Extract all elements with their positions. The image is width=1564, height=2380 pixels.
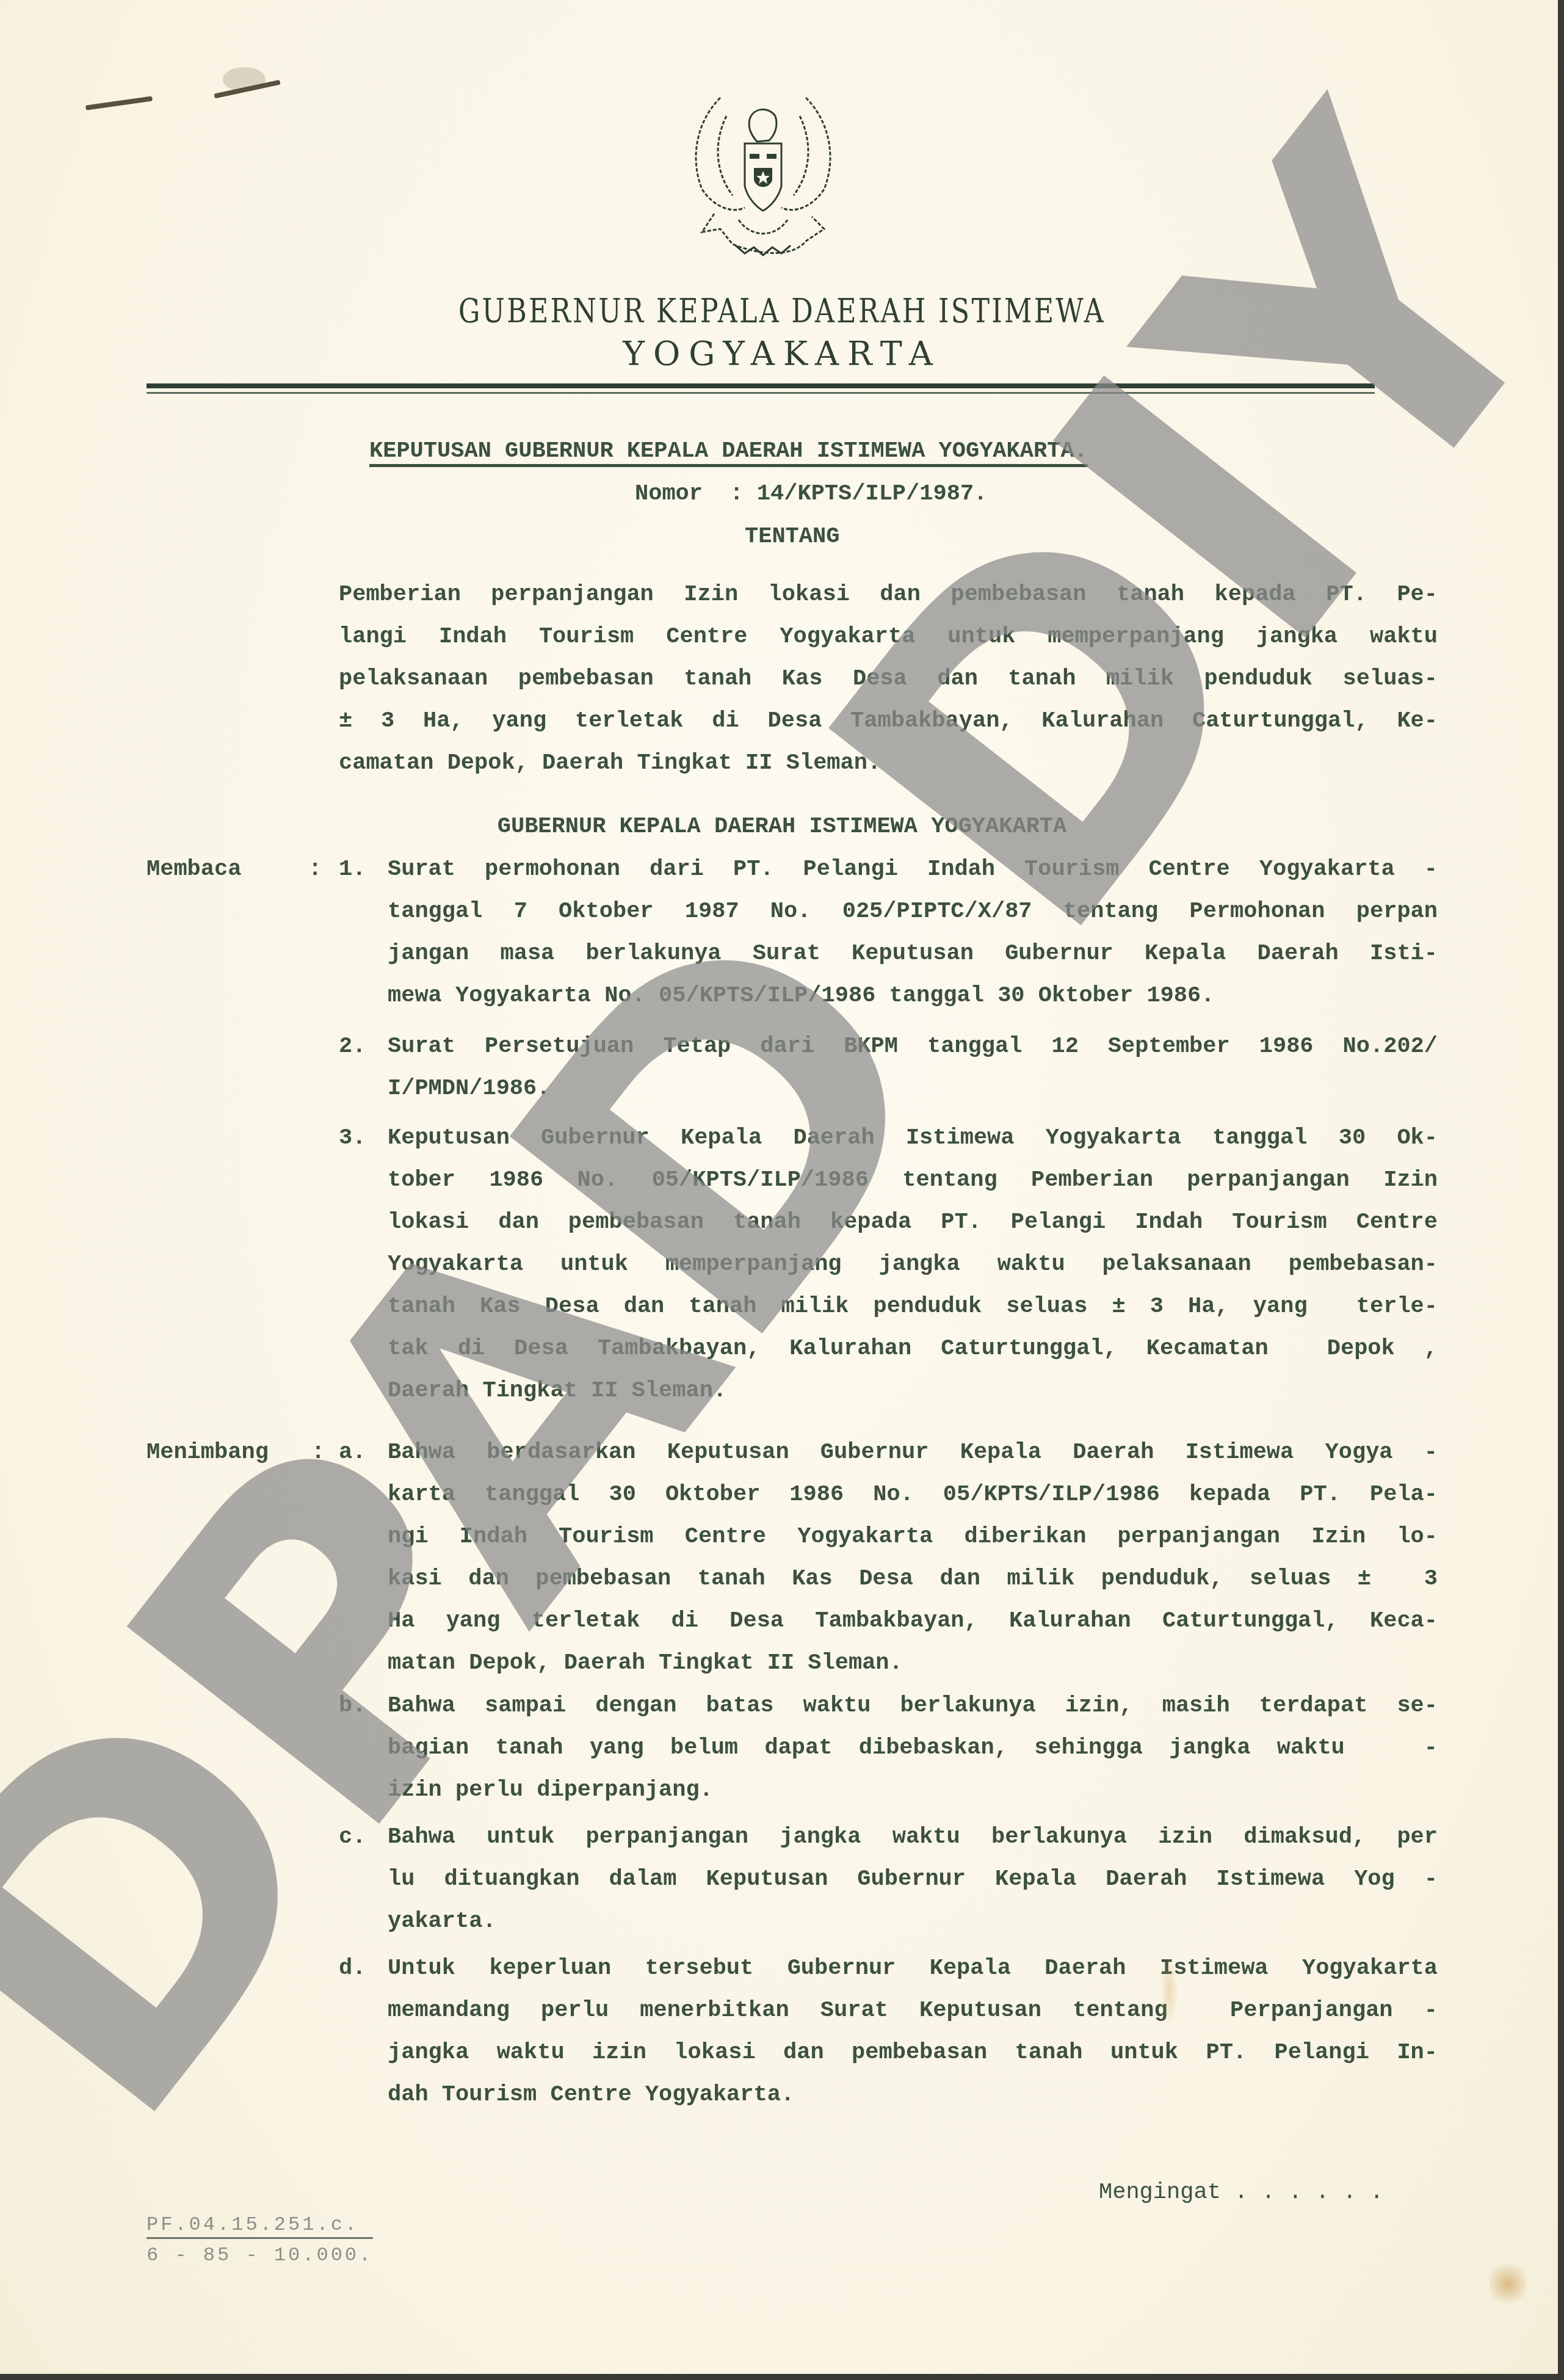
item-line: karta tanggal 30 Oktober 1986 No. 05/KPT…: [388, 1474, 1438, 1516]
letterhead-line-1: GUBERNUR KEPALA DAERAH ISTIMEWA: [141, 292, 1424, 330]
item-letter: a.: [339, 1432, 366, 1474]
item-line: tanah Kas Desa dan tanah milik penduduk …: [388, 1286, 1438, 1328]
item-letter: b.: [339, 1685, 366, 1727]
item-line: lokasi dan pembebasan tanah kepada PT. P…: [388, 1202, 1438, 1244]
form-code-line-1: PF.04.15.251.c.: [147, 2213, 373, 2239]
item-line: tober 1986 No. 05/KPTS/ILP/1986 tentang …: [388, 1159, 1438, 1202]
item-number: 2.: [339, 1026, 366, 1068]
decree-title: KEPUTUSAN GUBERNUR KEPALA DAERAH ISTIMEW…: [369, 430, 1088, 473]
item-line: jangka waktu izin lokasi dan pembebasan …: [388, 2032, 1438, 2074]
pen-mark: [85, 96, 153, 110]
item-line: I/PMDN/1986.: [388, 1068, 1438, 1110]
item-line: yakarta.: [388, 1901, 1438, 1943]
membaca-label: Membaca: [147, 849, 241, 891]
menimbang-colon: :: [311, 1432, 325, 1474]
item-letter: c.: [339, 1816, 366, 1859]
paper-stain: [1490, 2259, 1526, 2308]
about-line: camatan Depok, Daerah Tingkat II Sleman.: [339, 742, 1438, 785]
form-code-line-2: 6 - 85 - 10.000.: [147, 2244, 373, 2266]
item-letter: d.: [339, 1948, 366, 1990]
about-line: pelaksanaan pembebasan tanah Kas Desa da…: [339, 658, 1438, 700]
issuer-heading: GUBERNUR KEPALA DAERAH ISTIMEWA YOGYAKAR…: [0, 806, 1564, 848]
about-line: langi Indah Tourism Centre Yogyakarta un…: [339, 616, 1438, 658]
item-line: matan Depok, Daerah Tingkat II Sleman.: [388, 1642, 1438, 1685]
item-line: Bahwa sampai dengan batas waktu berlakun…: [388, 1685, 1438, 1727]
about-label: TENTANG: [745, 516, 839, 558]
item-line: Daerah Tingkat II Sleman.: [388, 1370, 1438, 1412]
menimbang-label: Menimbang: [147, 1432, 269, 1474]
item-line: memandang perlu menerbitkan Surat Keputu…: [388, 1990, 1438, 2032]
paper-stain: [1160, 1954, 1178, 2027]
letterhead-rule: [147, 383, 1375, 388]
item-number: 1.: [339, 849, 366, 891]
item-line: Bahwa untuk perpanjangan jangka waktu be…: [388, 1816, 1438, 1859]
item-line: tanggal 7 Oktober 1987 No. 025/PIPTC/X/8…: [388, 891, 1438, 933]
item-line: lu dituangkan dalam Keputusan Gubernur K…: [388, 1859, 1438, 1901]
letterhead-line-2: YOGYAKARTA: [0, 335, 1564, 373]
item-line: tak di Desa Tambakbayan, Kalurahan Catur…: [388, 1328, 1438, 1370]
item-line: kasi dan pembebasan tanah Kas Desa dan m…: [388, 1558, 1438, 1600]
item-line: Untuk keperluan tersebut Gubernur Kepala…: [388, 1948, 1438, 1990]
item-line: Ha yang terletak di Desa Tambakbayan, Ka…: [388, 1600, 1438, 1642]
letterhead-rule-thin: [147, 392, 1375, 394]
item-line: ngi Indah Tourism Centre Yogyakarta dibe…: [388, 1516, 1438, 1558]
item-line: bagian tanah yang belum dapat dibebaskan…: [388, 1727, 1438, 1769]
item-line: mewa Yogyakarta No. 05/KPTS/ILP/1986 tan…: [388, 975, 1438, 1017]
continuation-marker: Mengingat . . . . . .: [1099, 2180, 1383, 2205]
item-line: Bahwa berdasarkan Keputusan Gubernur Kep…: [388, 1432, 1438, 1474]
form-code: PF.04.15.251.c. 6 - 85 - 10.000.: [147, 2213, 373, 2266]
garuda-emblem-icon: [678, 85, 849, 269]
about-line: ± 3 Ha, yang terletak di Desa Tambakbaya…: [339, 700, 1438, 742]
decree-number: Nomor : 14/KPTS/ILP/1987.: [635, 473, 987, 515]
about-paragraph: Pemberian perpanjangan Izin lokasi dan p…: [339, 574, 1438, 785]
document-page: GUBERNUR KEPALA DAERAH ISTIMEWA YOGYAKAR…: [0, 0, 1564, 2380]
item-line: jangan masa berlakunya Surat Keputusan G…: [388, 933, 1438, 975]
membaca-colon: :: [308, 849, 322, 891]
item-line: Keputusan Gubernur Kepala Daerah Istimew…: [388, 1117, 1438, 1159]
item-line: Yogyakarta untuk memperpanjang jangka wa…: [388, 1244, 1438, 1286]
item-line: izin perlu diperpanjang.: [388, 1769, 1438, 1812]
item-line: Surat Persetujuan Tetap dari BKPM tangga…: [388, 1026, 1438, 1068]
item-number: 3.: [339, 1117, 366, 1159]
about-line: Pemberian perpanjangan Izin lokasi dan p…: [339, 574, 1438, 616]
item-line: Surat permohonan dari PT. Pelangi Indah …: [388, 849, 1438, 891]
item-line: dah Tourism Centre Yogyakarta.: [388, 2074, 1438, 2116]
